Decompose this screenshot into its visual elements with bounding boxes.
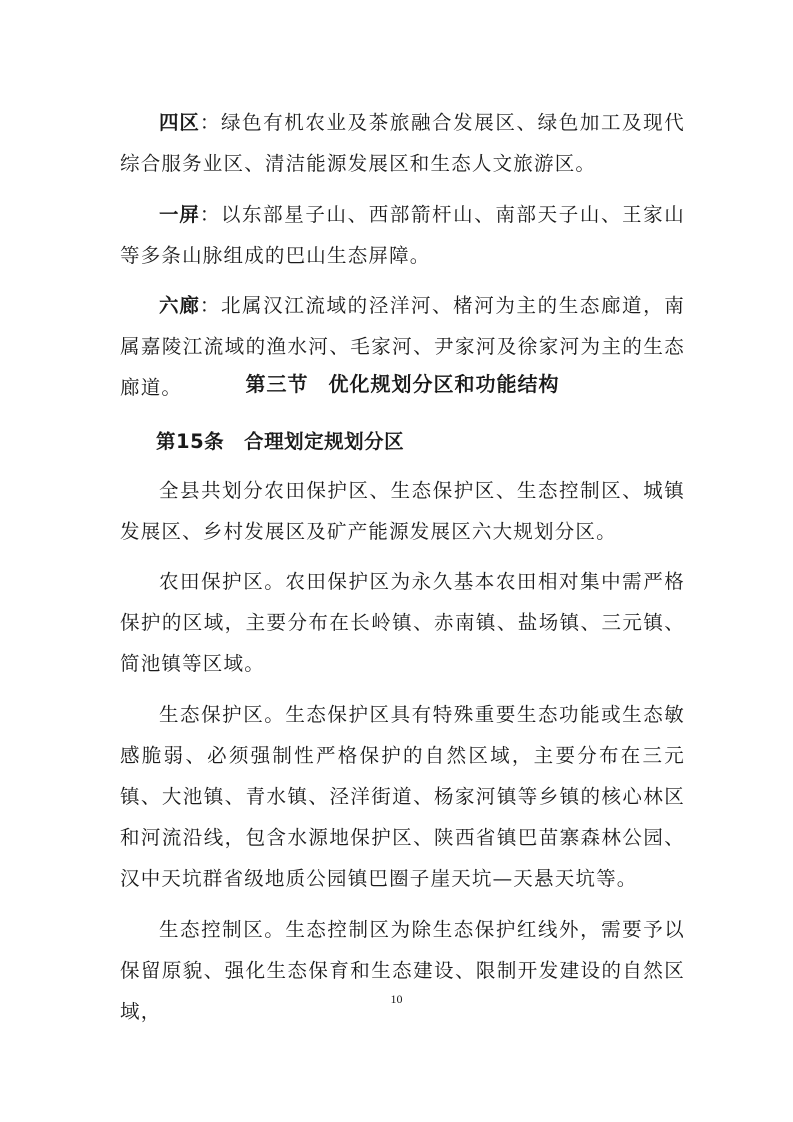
article-heading: 第15条合理划定规划分区	[156, 426, 404, 454]
section-number: 第三节	[246, 372, 309, 396]
article-title: 合理划定规划分区	[244, 430, 404, 453]
paragraph-lead: 六廊	[159, 294, 200, 317]
paragraph-text: ：以东部星子山、西部箭杆山、南部天子山、王家山等多条山脉组成的巴山生态屏障。	[120, 203, 685, 267]
paragraph-ecological-control: 生态控制区。生态控制区为除生态保护红线外，需要予以保留原貌、强化生态保育和生态建…	[120, 909, 685, 1032]
page-number: 10	[0, 992, 793, 1007]
article-number: 第15条	[156, 430, 224, 453]
paragraph-lead: 一屏	[159, 203, 200, 226]
paragraph-text: ：绿色有机农业及茶旅融合发展区、绿色加工及现代综合服务业区、清洁能源发展区和生态…	[120, 111, 685, 175]
paragraph-four-zones: 四区：绿色有机农业及茶旅融合发展区、绿色加工及现代综合服务业区、清洁能源发展区和…	[120, 102, 685, 184]
section-heading: 第三节优化规划分区和功能结构	[120, 368, 685, 397]
paragraph-one-screen: 一屏：以东部星子山、西部箭杆山、南部天子山、王家山等多条山脉组成的巴山生态屏障。	[120, 194, 685, 276]
paragraph-lead: 四区	[159, 111, 200, 134]
paragraph-ecological-protection: 生态保护区。生态保护区具有特殊重要生态功能或生态敏感脆弱、必须强制性严格保护的自…	[120, 694, 685, 899]
paragraph-zones-overview: 全县共划分农田保护区、生态保护区、生态控制区、城镇发展区、乡村发展区及矿产能源发…	[120, 470, 685, 552]
paragraph-farmland-protection: 农田保护区。农田保护区为永久基本农田相对集中需严格保护的区域，主要分布在长岭镇、…	[120, 561, 685, 684]
section-title: 优化规划分区和功能结构	[329, 372, 560, 396]
